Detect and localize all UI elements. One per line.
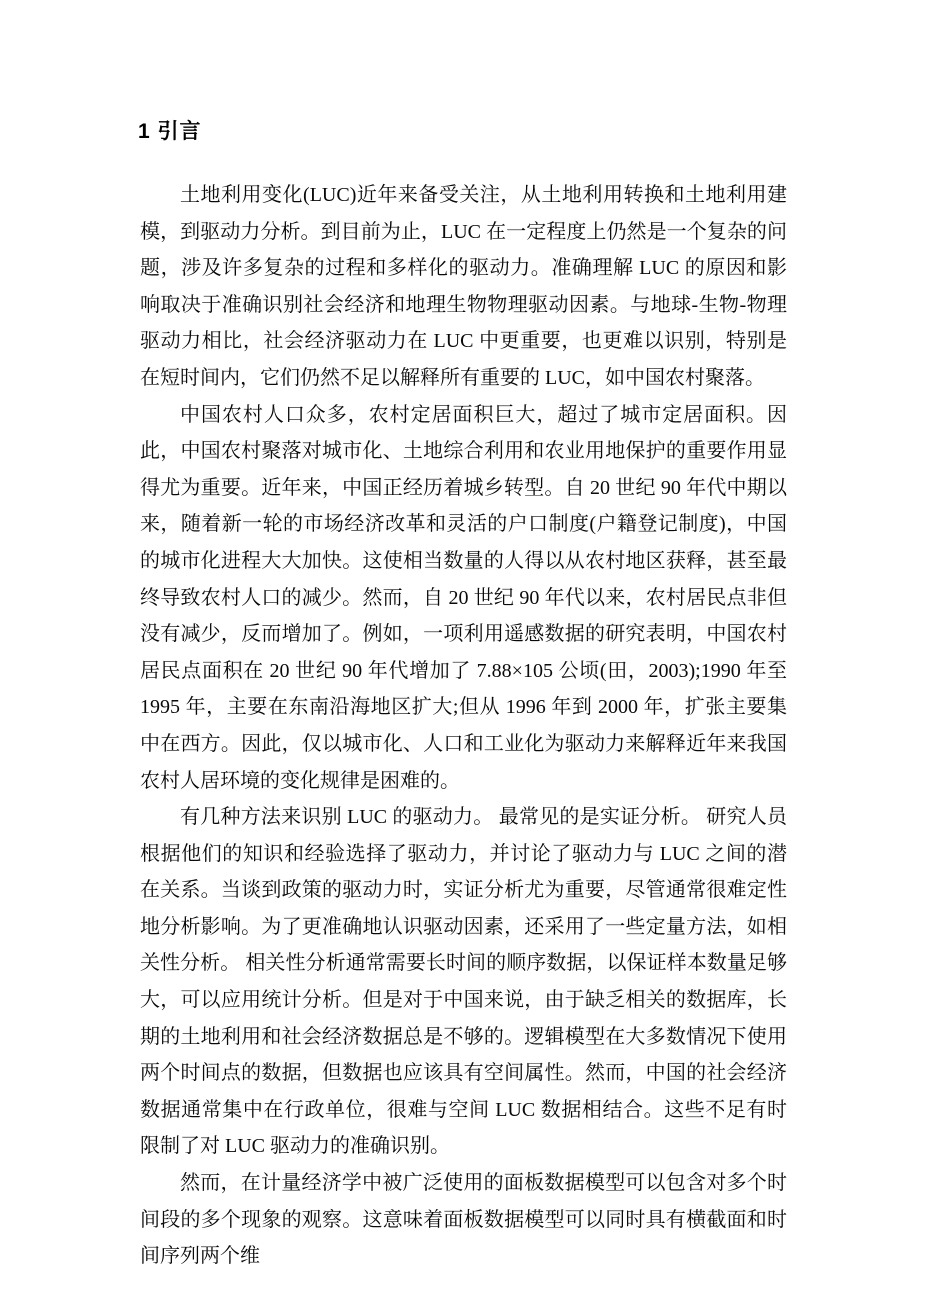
paragraph: 然而，在计量经济学中被广泛使用的面板数据模型可以包含对多个时间段的多个现象的观察…: [140, 1165, 787, 1275]
paragraph: 有几种方法来识别 LUC 的驱动力。 最常见的是实证分析。 研究人员根据他们的知…: [140, 799, 787, 1165]
document-body: 土地利用变化(LUC)近年来备受关注，从土地利用转换和土地利用建模，到驱动力分析…: [140, 177, 787, 1275]
document-page: 1 引言 土地利用变化(LUC)近年来备受关注，从土地利用转换和土地利用建模，到…: [0, 0, 926, 1309]
section-heading: 1 引言: [138, 120, 202, 144]
paragraph: 土地利用变化(LUC)近年来备受关注，从土地利用转换和土地利用建模，到驱动力分析…: [140, 177, 787, 397]
paragraph: 中国农村人口众多，农村定居面积巨大，超过了城市定居面积。因此，中国农村聚落对城市…: [140, 397, 787, 800]
